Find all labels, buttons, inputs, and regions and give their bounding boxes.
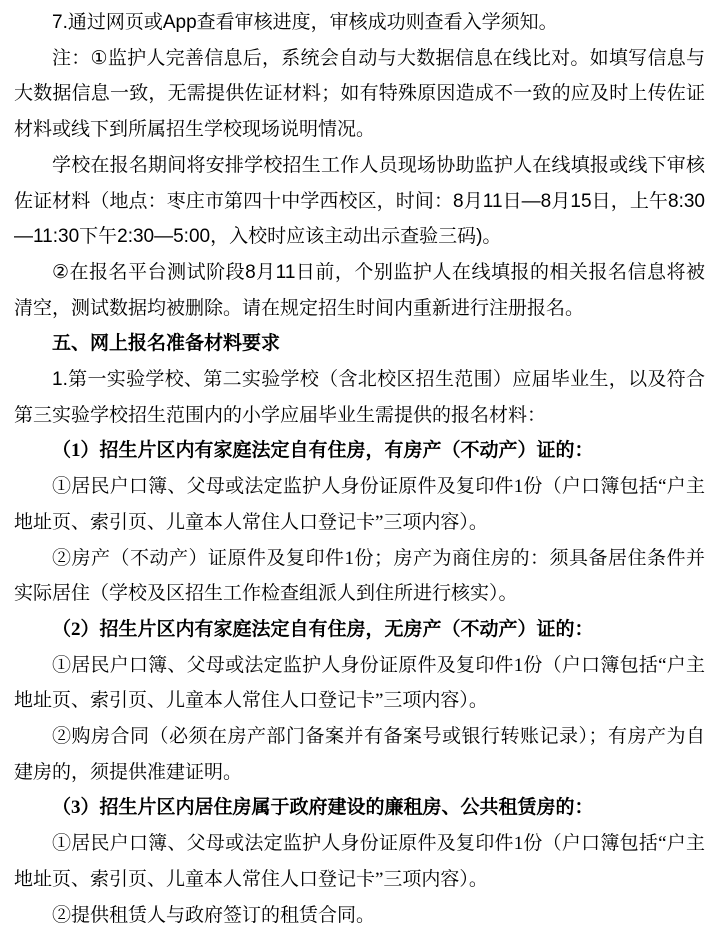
para-note-1: 注：①监护人完善信息后，系统会自动与大数据信息在线比对。如填写信息与大数据信息一… — [14, 41, 705, 148]
item-1-2-property-cert: ②房产（不动产）证原件及复印件1份；房产为商住房的：须具备居住条件并实际居住（学… — [14, 541, 705, 612]
subheading-2-own-house-no-cert: （2）招生片区内有家庭法定自有住房，无房产（不动产）证的： — [14, 612, 705, 648]
para-note-2-test-phase: ②在报名平台测试阶段8月11日前，个别监护人在线填报的相关报名信息将被清空，测试… — [14, 255, 705, 326]
para-step-7: 7.通过网页或App查看审核进度，审核成功则查看入学须知。 — [14, 5, 705, 41]
section-heading-5-materials: 五、网上报名准备材料要求 — [14, 326, 705, 362]
item-3-1-hukou-id: ①居民户口簿、父母或法定监护人身份证原件及复印件1份（户口簿包括“户主地址页、索… — [14, 826, 705, 897]
subheading-1-own-house-with-cert: （1）招生片区内有家庭法定自有住房，有房产（不动产）证的： — [14, 433, 705, 469]
document-page: 7.通过网页或App查看审核进度，审核成功则查看入学须知。 注：①监护人完善信息… — [0, 0, 719, 930]
para-1-graduates-materials: 1.第一实验学校、第二实验学校（含北校区招生范围）应届毕业生，以及符合第三实验学… — [14, 362, 705, 433]
item-2-1-hukou-id: ①居民户口簿、父母或法定监护人身份证原件及复印件1份（户口簿包括“户主地址页、索… — [14, 648, 705, 719]
item-3-2-rental-contract: ②提供租赁人与政府签订的租赁合同。 — [14, 898, 705, 930]
para-school-onsite-help: 学校在报名期间将安排学校招生工作人员现场协助监护人在线填报或线下审核佐证材料（地… — [14, 148, 705, 255]
item-2-2-purchase-contract: ②购房合同（必须在房产部门备案并有备案号或银行转账记录）；有房产为自建房的，须提… — [14, 719, 705, 790]
item-1-1-hukou-id: ①居民户口簿、父母或法定监护人身份证原件及复印件1份（户口簿包括“户主地址页、索… — [14, 469, 705, 540]
subheading-3-public-rental: （3）招生片区内居住房属于政府建设的廉租房、公共租赁房的： — [14, 790, 705, 826]
